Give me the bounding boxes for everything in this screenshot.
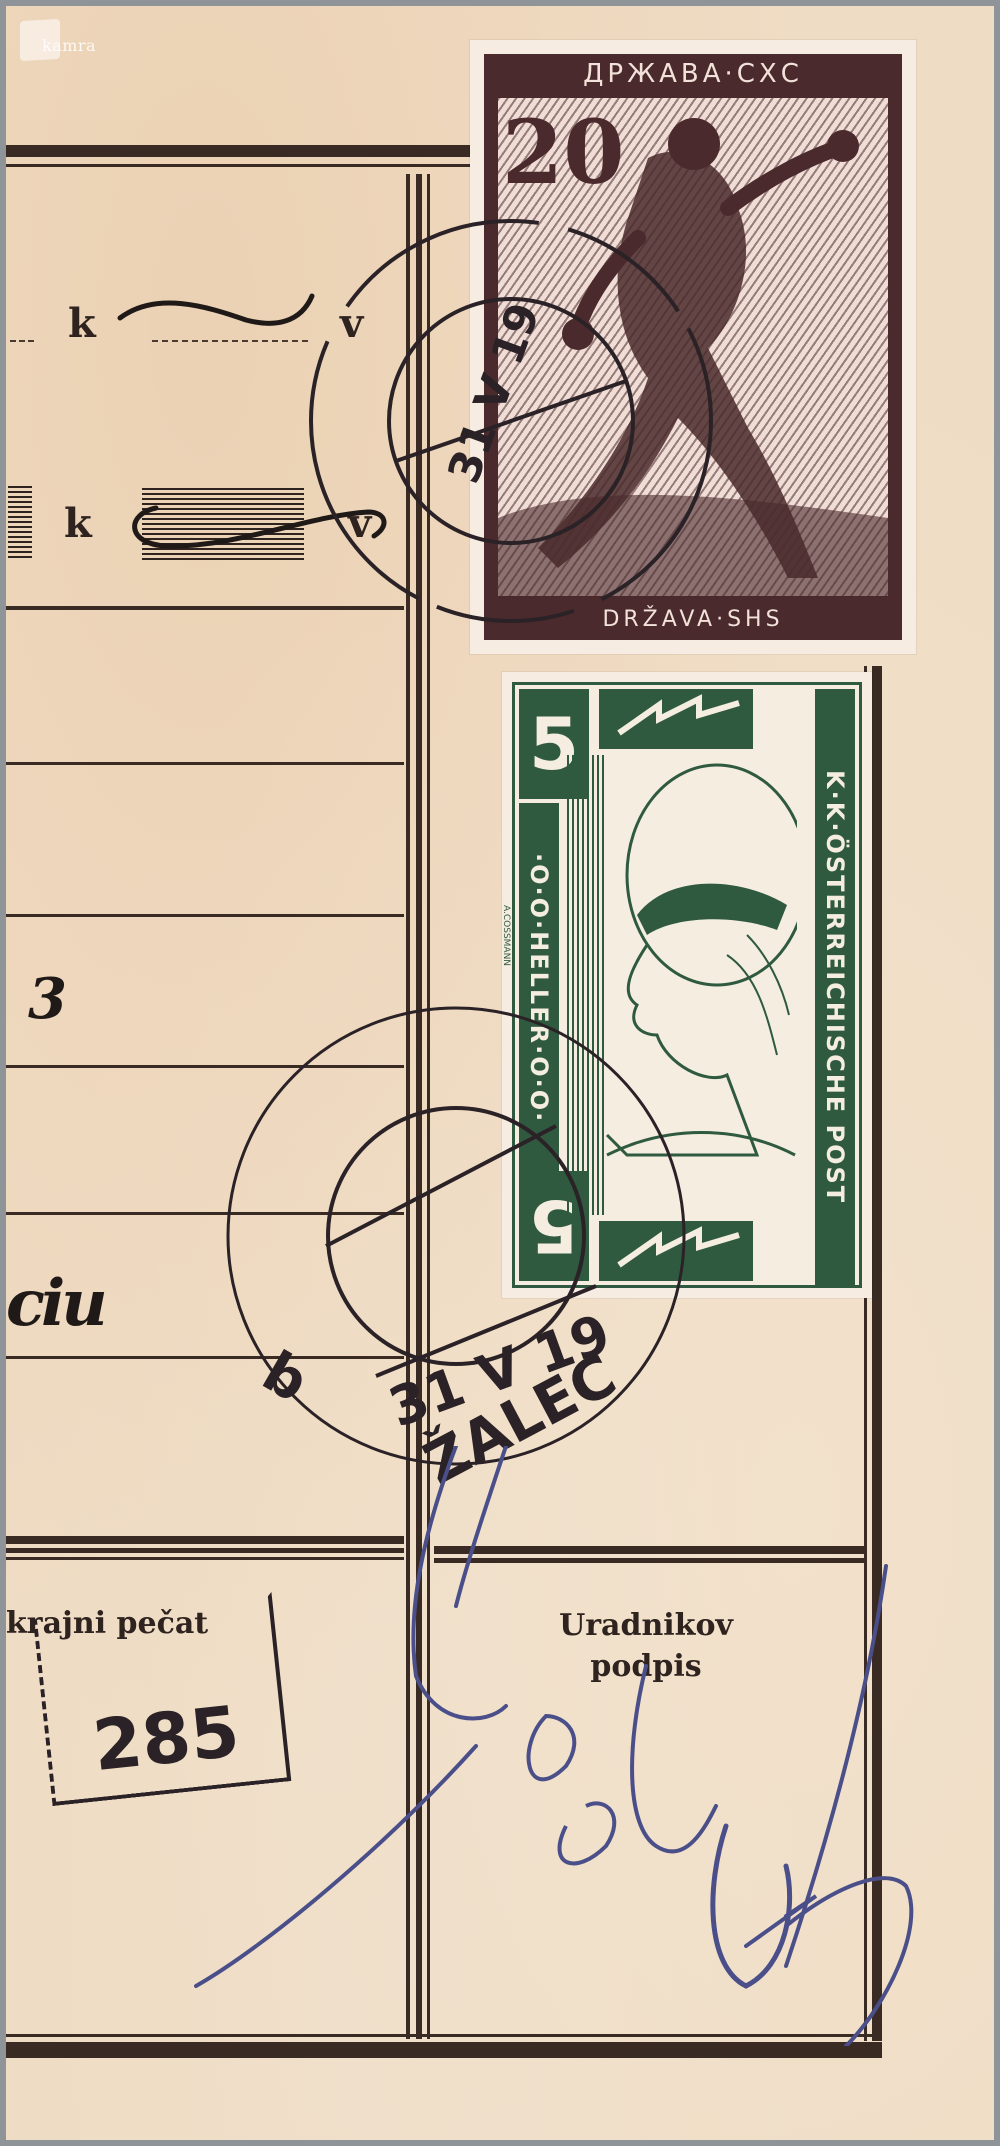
stamp-top-text: ДРЖАВА·СХС xyxy=(484,54,902,94)
austrian-mercury-stamp: 5 5 ·O·O·HELLER·O·O· K·K·ÖSTERREICHISCHE… xyxy=(502,672,872,1298)
row-rule-1 xyxy=(6,606,404,610)
postmark-lower-code: b xyxy=(252,1339,319,1415)
document-paper: kamra k v k v 3 ciu krajni pečat Uradnik… xyxy=(6,6,994,2140)
top-border-rule xyxy=(6,145,476,157)
row-rule-3 xyxy=(6,914,404,917)
row1-letter-v: v xyxy=(340,300,363,347)
row-rule-2 xyxy=(6,762,404,765)
stamp-designer-credit: A.COSSMANN xyxy=(501,905,511,966)
watermark-text: kamra xyxy=(42,36,96,55)
row1-handwritten-tilde xyxy=(116,286,316,336)
lightning-bolt-top-icon xyxy=(599,689,753,749)
stamp-brown-image-field: 20 xyxy=(498,98,888,596)
stamp-bottom-text: DRŽAVA·SHS xyxy=(484,600,902,640)
top-border-thin-rule xyxy=(6,164,476,167)
row2-handwritten-stroke xyxy=(106,496,406,556)
stamp-right-side-text: K·K·ÖSTERREICHISCHE POST xyxy=(815,689,855,1285)
row1-left-dash xyxy=(10,340,34,342)
official-signature xyxy=(186,1446,946,2046)
mercury-head-icon xyxy=(567,755,797,1215)
stamp-green-frame: 5 5 ·O·O·HELLER·O·O· K·K·ÖSTERREICHISCHE… xyxy=(512,682,862,1288)
row1-amount-line xyxy=(152,340,308,342)
stamp-left-side-text: ·O·O·HELLER·O·O· xyxy=(519,803,559,1173)
row1-letter-k: k xyxy=(68,300,96,347)
handwritten-number: 3 xyxy=(28,966,67,1032)
row-rule-5 xyxy=(6,1212,404,1215)
row2-left-hatch xyxy=(8,486,32,560)
row-rule-6 xyxy=(6,1356,404,1359)
handwritten-word: ciu xyxy=(6,1266,104,1341)
row2-letter-k: k xyxy=(64,500,92,547)
stamp-value: 20 xyxy=(502,108,624,196)
lightning-bolt-bottom-icon xyxy=(599,1221,753,1281)
yugoslav-sower-stamp: ДРЖАВА·СХС 20 DRŽAVA·SHS xyxy=(470,40,916,654)
stamp-brown-frame: ДРЖАВА·СХС 20 DRŽAVA·SHS xyxy=(484,54,902,640)
row-rule-4 xyxy=(6,1065,404,1068)
